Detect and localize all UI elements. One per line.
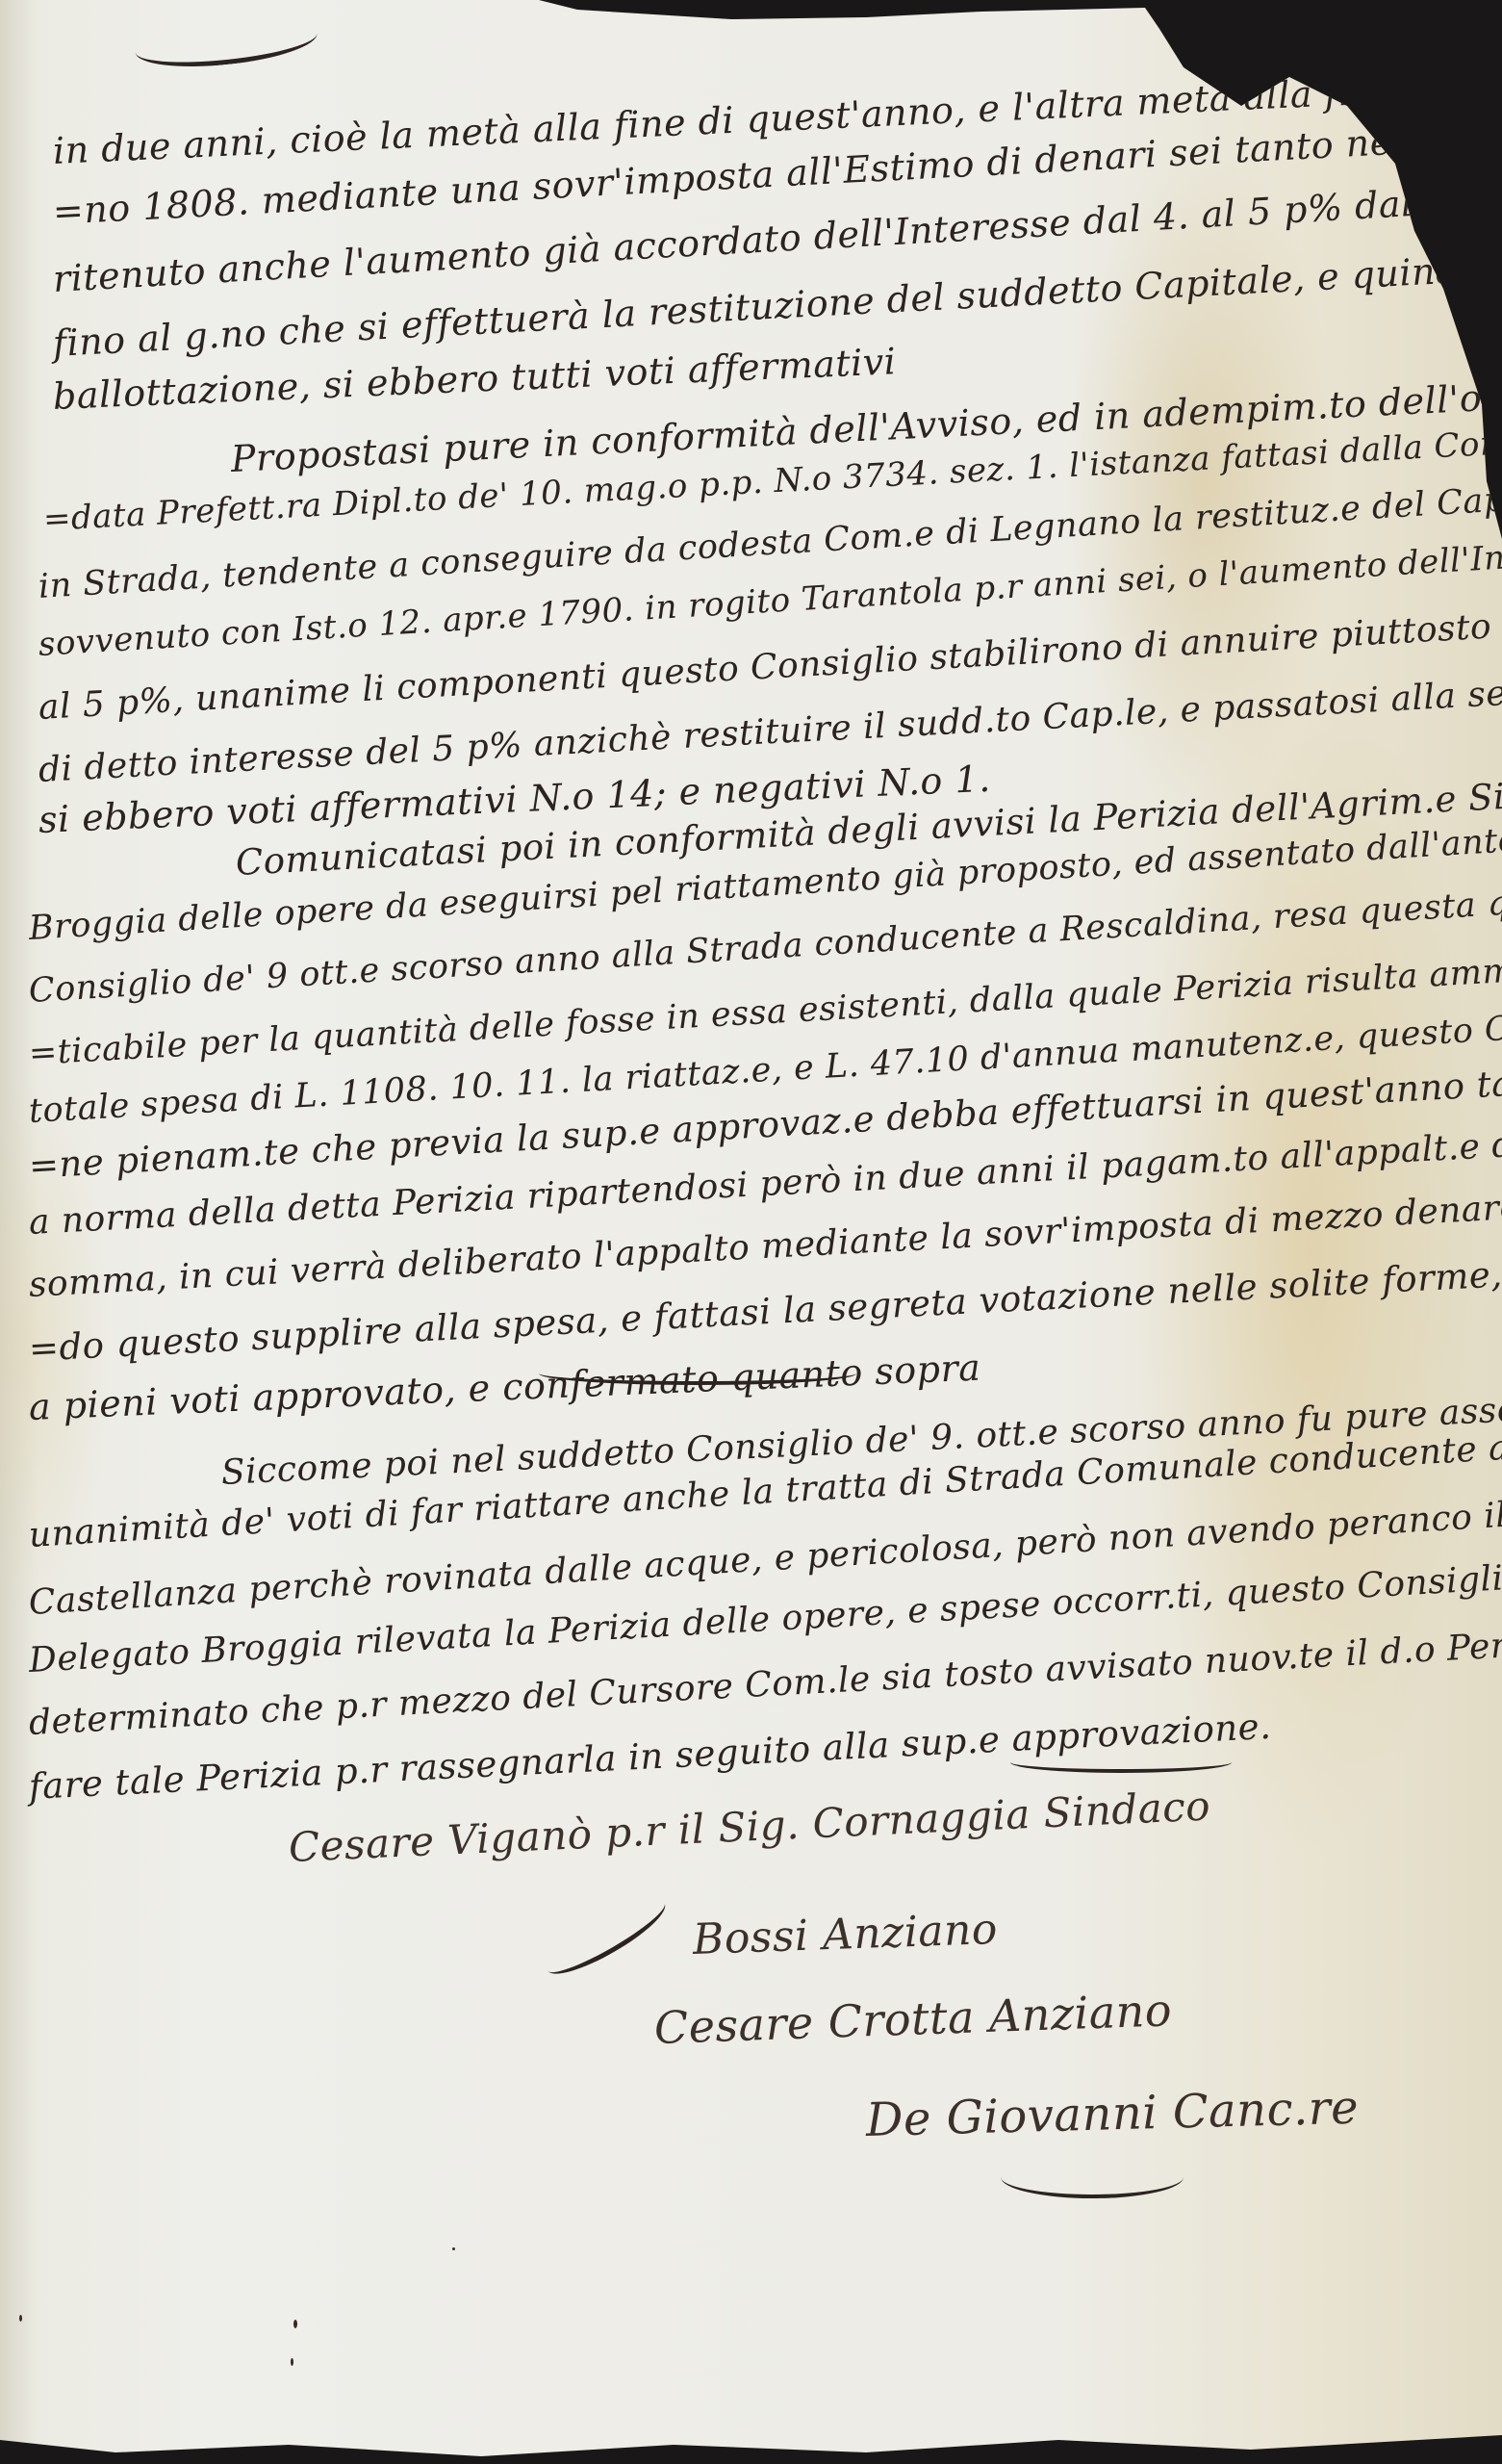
line-end-flourish <box>1010 1752 1232 1773</box>
top-flourish <box>133 12 319 74</box>
signature-vigano: Cesare Viganò p.r il Sig. Cornaggia Sind… <box>288 1783 1211 1871</box>
signature-flourish <box>1001 2156 1184 2198</box>
ink-speck <box>293 2320 297 2328</box>
ink-speck <box>291 2358 293 2366</box>
ink-speck <box>452 2247 455 2250</box>
signature-de-giovanni: De Giovanni Canc.re <box>865 2081 1359 2147</box>
line-end-flourish <box>539 1362 856 1385</box>
signature-crotta: Cesare Crotta Anziano <box>653 1984 1173 2054</box>
ink-speck <box>19 2315 22 2322</box>
manuscript-page: in due anni, cioè la metà alla fine di q… <box>0 0 1502 2464</box>
signature-bossi: Bossi Anziano <box>692 1905 999 1964</box>
signature-flourish <box>540 1888 674 1985</box>
